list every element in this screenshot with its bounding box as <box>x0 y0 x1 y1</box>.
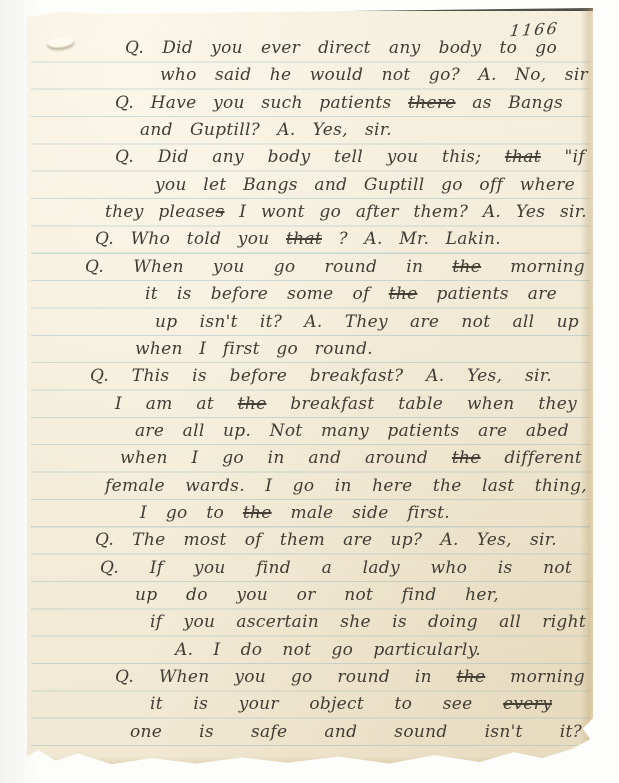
handwritten-text: it is before some of <box>145 284 389 304</box>
manuscript-line: one is safe and sound isn't it? <box>130 720 582 745</box>
handwritten-text: they please <box>105 202 215 222</box>
handwritten-text: breakfast table when they <box>267 394 577 414</box>
manuscript-line: A. I do not go particularly. <box>175 638 481 663</box>
manuscript-line: up isn't it? A. They are not all up <box>155 310 579 335</box>
manuscript-line: Q. The most of them are up? A. Yes, sir. <box>95 528 557 553</box>
manuscript-line: Q. When you go round in the morning <box>85 255 585 280</box>
handwritten-text: different <box>481 448 582 468</box>
manuscript-line: I go to the male side first. <box>140 501 450 526</box>
manuscript-line: when I first go round. <box>135 337 373 362</box>
handwritten-text: I go to <box>140 503 243 523</box>
struck-word: the <box>389 284 418 304</box>
handwritten-text: when I first go round. <box>135 339 373 359</box>
struck-word: the <box>457 667 486 687</box>
manuscript-line: Q. Did any body tell you this; that "if <box>115 145 585 170</box>
struck-word: the <box>243 503 272 523</box>
handwritten-text: Q. Did any body tell you this; <box>115 147 505 167</box>
manuscript-line: it is your object to see every <box>150 692 552 717</box>
handwritten-text: it is your object to see <box>150 694 503 714</box>
struck-word: every <box>503 694 552 714</box>
manuscript-line: and Guptill? A. Yes, sir. <box>140 118 392 143</box>
handwritten-text: A. I do not go particularly. <box>175 640 481 660</box>
struck-word: the <box>452 257 481 277</box>
manuscript-line: Q. When you go round in the morning <box>115 665 585 690</box>
handwritten-text: ? A. Mr. Lakin. <box>322 229 501 249</box>
paper-right-edge <box>580 8 593 765</box>
struck-word: that <box>505 147 541 167</box>
manuscript-line: you let Bangs and Guptill go off where <box>155 173 575 198</box>
paper-bottom-edge <box>27 756 593 765</box>
scan-edge-shadow <box>87 8 593 11</box>
struck-word: the <box>238 394 267 414</box>
handwritten-text: up do you or not find her, <box>135 585 499 605</box>
manuscript-line: I am at the breakfast table when they <box>115 392 577 417</box>
handwritten-text: Q. Did you ever direct any body to go <box>125 38 557 58</box>
handwritten-text: up isn't it? A. They are not all up <box>155 312 579 332</box>
struck-word: the <box>452 448 481 468</box>
handwritten-text: Q. This is before breakfast? A. Yes, sir… <box>90 366 552 386</box>
handwritten-text: female wards. I go in here the last thin… <box>105 476 587 496</box>
struck-word: there <box>408 93 456 113</box>
handwritten-text: Q. The most of them are up? A. Yes, sir. <box>95 530 557 550</box>
manuscript-page: 1166 Q. Did you ever direct any body to … <box>27 8 593 765</box>
handwritten-text: Q. Have you such patients <box>115 93 408 113</box>
manuscript-line: Q. Who told you that ? A. Mr. Lakin. <box>95 227 501 252</box>
handwritten-text: one is safe and sound isn't it? <box>130 722 582 742</box>
manuscript-line: Q. Did you ever direct any body to go <box>125 36 557 61</box>
handwritten-text: Q. When you go round in <box>85 257 452 277</box>
struck-word: s <box>215 202 224 222</box>
handwritten-text: who said he would not go? A. No, sir <box>160 65 588 85</box>
handwritten-text: when I go in and around <box>120 448 452 468</box>
scanned-document: 1166 Q. Did you ever direct any body to … <box>0 0 619 783</box>
manuscript-line: it is before some of the patients are <box>145 282 557 307</box>
manuscript-line: if you ascertain she is doing all right <box>150 610 586 635</box>
handwritten-text: I am at <box>115 394 238 414</box>
handwritten-text: as Bangs <box>456 93 563 113</box>
manuscript-line: when I go in and around the different <box>120 446 582 471</box>
manuscript-line: Q. If you find a lady who is not <box>100 556 572 581</box>
manuscript-line: who said he would not go? A. No, sir <box>160 63 588 88</box>
handwritten-text: Q. When you go round in <box>115 667 457 687</box>
struck-word: that <box>286 229 322 249</box>
manuscript-line: Q. Have you such patients there as Bangs <box>115 91 563 116</box>
manuscript-line: up do you or not find her, <box>135 583 499 608</box>
handwritten-text: are all up. Not many patients are abed <box>135 421 569 441</box>
manuscript-line: Q. This is before breakfast? A. Yes, sir… <box>90 364 552 389</box>
handwritten-text: I wont go after them? A. Yes sir. <box>225 202 588 222</box>
manuscript-line: are all up. Not many patients are abed <box>135 419 569 444</box>
handwritten-text: Q. Who told you <box>95 229 286 249</box>
handwritten-text: male side first. <box>272 503 450 523</box>
handwritten-text: patients are <box>417 284 557 304</box>
handwritten-text: Q. If you find a lady who is not <box>100 558 572 578</box>
handwritten-text: morning <box>485 667 585 687</box>
handwritten-text: "if <box>541 147 585 167</box>
handwritten-text: if you ascertain she is doing all right <box>150 612 586 632</box>
manuscript-line: female wards. I go in here the last thin… <box>105 474 587 499</box>
handwritten-text: you let Bangs and Guptill go off where <box>155 175 575 195</box>
handwritten-text: and Guptill? A. Yes, sir. <box>140 120 392 140</box>
handwritten-text: morning <box>481 257 585 277</box>
manuscript-line: they pleases I wont go after them? A. Ye… <box>105 200 587 225</box>
